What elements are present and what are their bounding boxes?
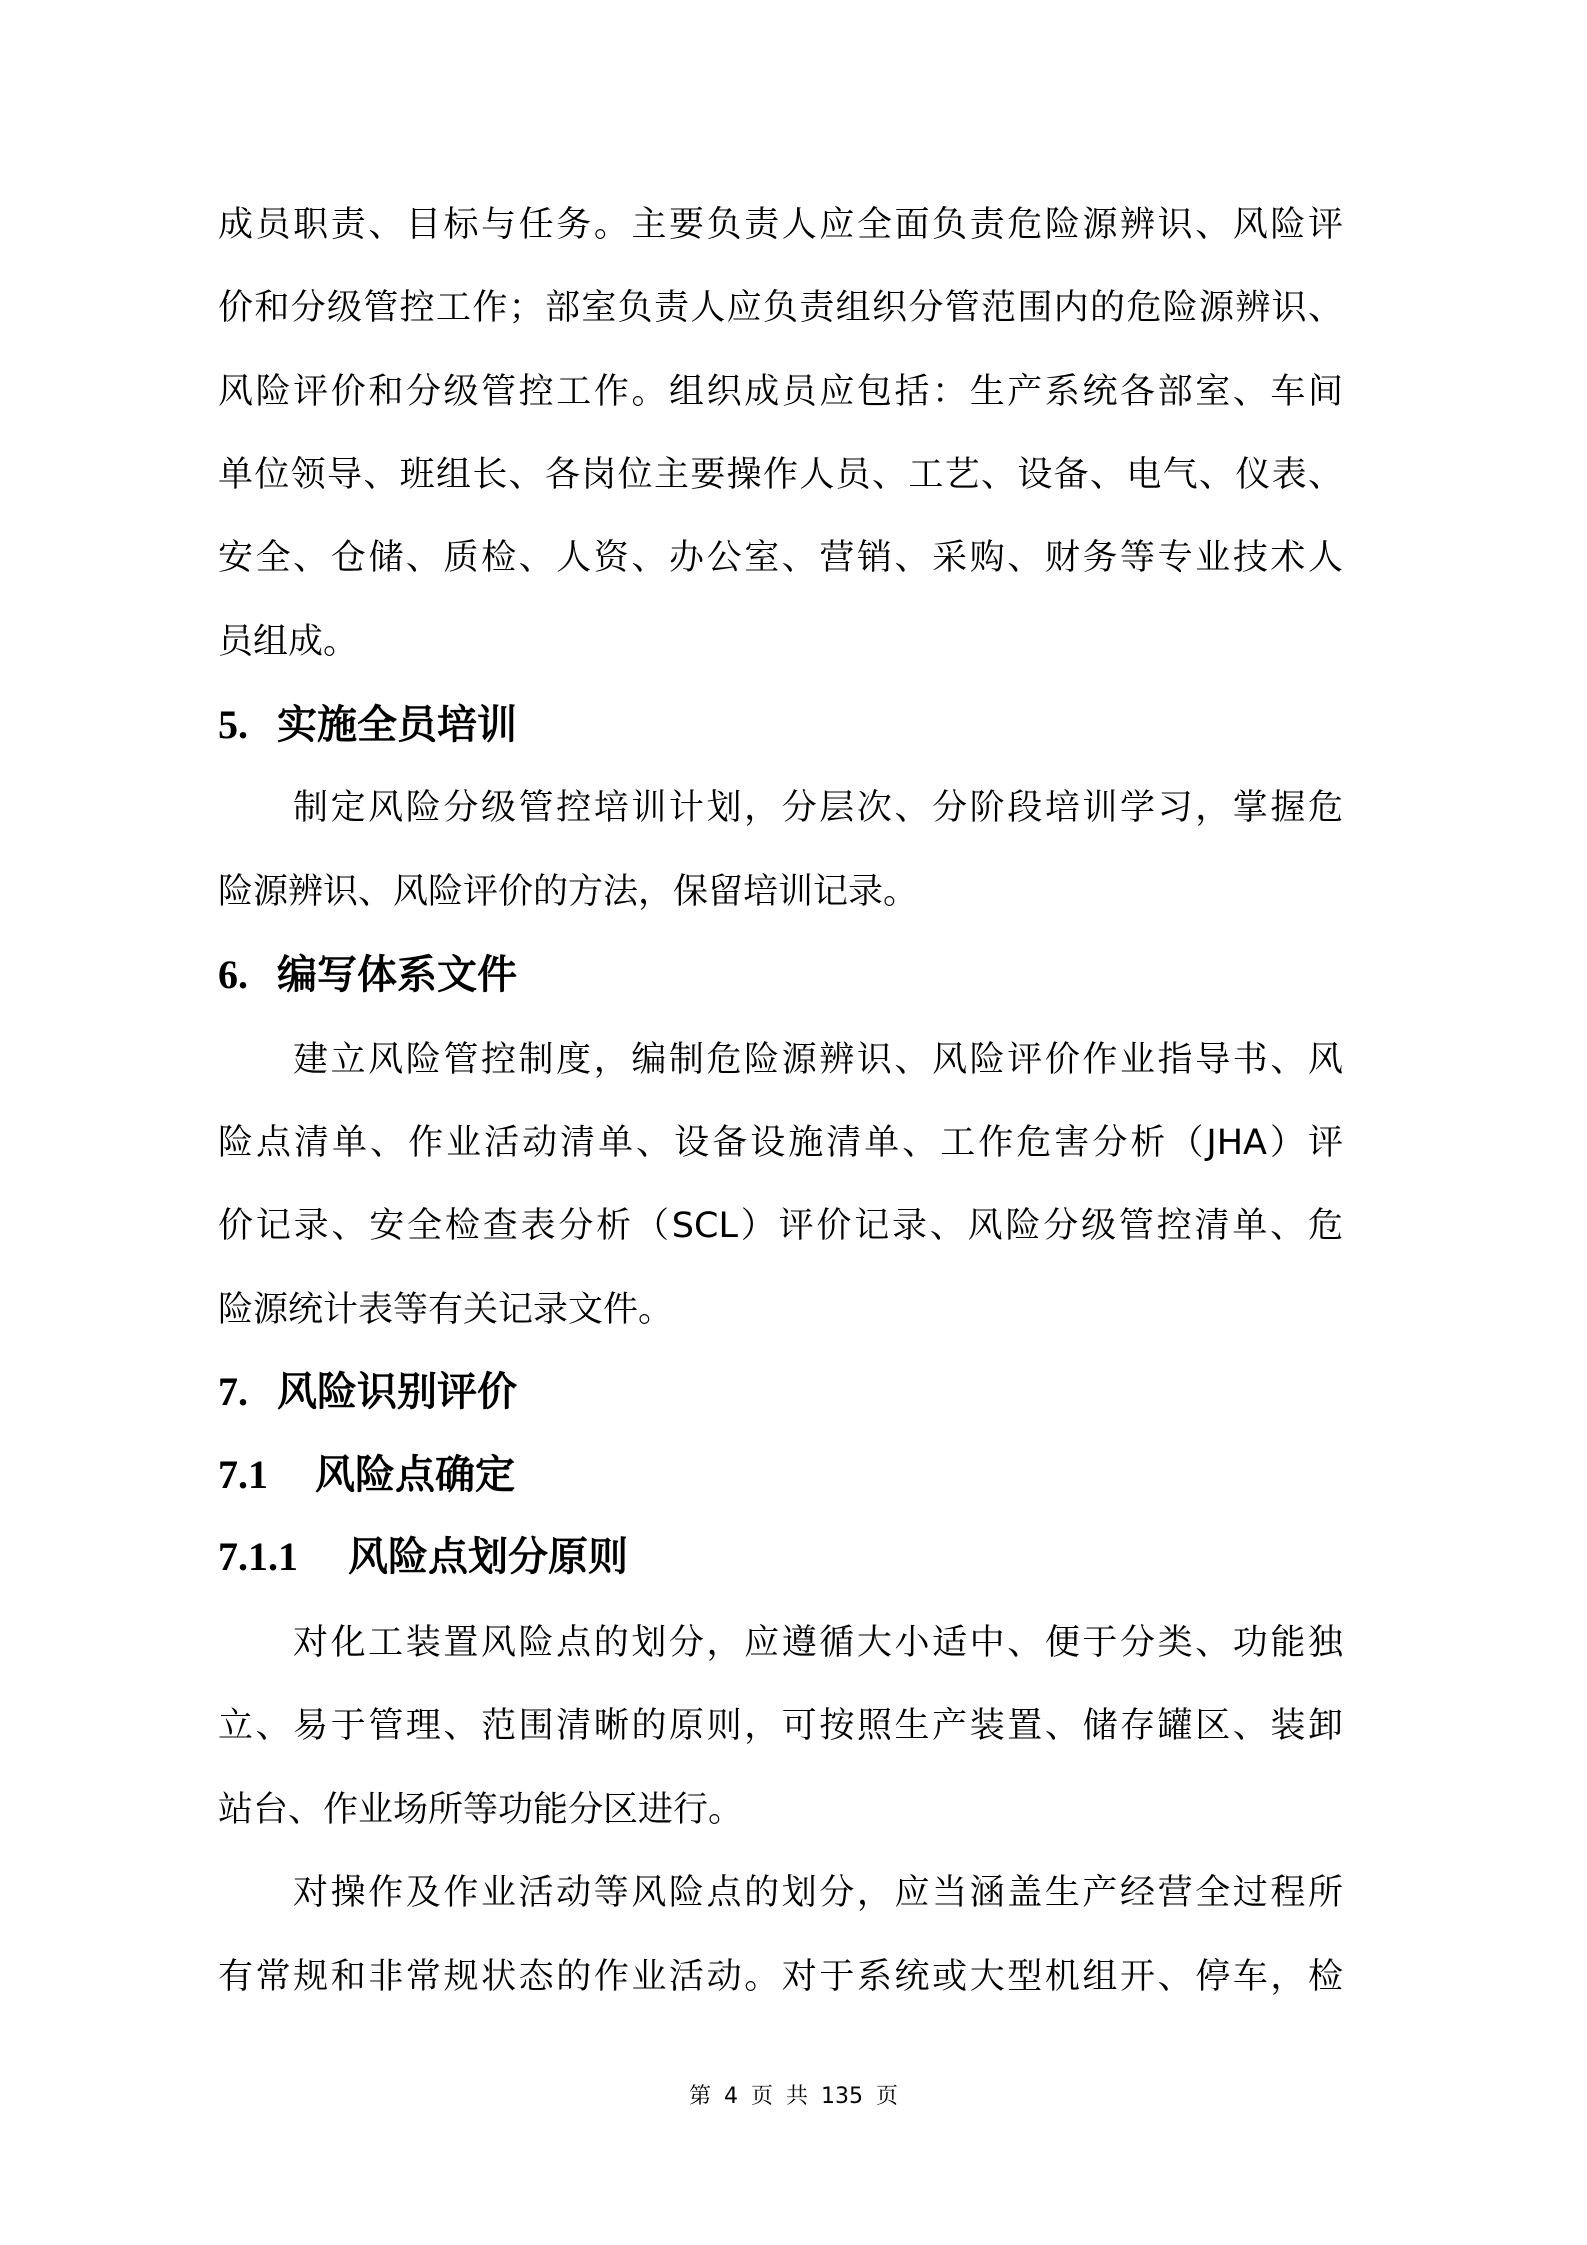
section-title: 风险识别评价: [277, 1369, 517, 1415]
section-number: 6.: [218, 949, 277, 1001]
paragraph-line: 险源辨识、风险评价的方法，保留培训记录。: [218, 870, 1343, 914]
paragraph-line: 价和分级管控工作；部室负责人应负责组织分管范围内的危险源辨识、: [218, 286, 1343, 330]
paragraph-line: 有常规和非常规状态的作业活动。对于系统或大型机组开、停车，检: [218, 1955, 1343, 1999]
section-title: 实施全员培训: [277, 702, 517, 748]
section-heading-7: 7.风险识别评价: [218, 1366, 517, 1418]
section-heading-7-1-1: 7.1.1风险点划分原则: [218, 1531, 628, 1583]
section-number: 7.: [218, 1366, 277, 1418]
paragraph-line: 价记录、安全检查表分析（SCL）评价记录、风险分级管控清单、危: [218, 1204, 1343, 1248]
document-page: 成员职责、目标与任务。主要负责人应全面负责危险源辨识、风险评 价和分级管控工作；…: [0, 0, 1587, 2245]
paragraph-line: 制定风险分级管控培训计划，分层次、分阶段培训学习，掌握危: [293, 786, 1343, 830]
section-heading-7-1: 7.1风险点确定: [218, 1449, 515, 1501]
paragraph-line: 立、易于管理、范围清晰的原则，可按照生产装置、储存罐区、装卸: [218, 1704, 1343, 1748]
section-number: 5.: [218, 699, 277, 751]
paragraph-line: 对操作及作业活动等风险点的划分，应当涵盖生产经营全过程所: [293, 1871, 1343, 1915]
section-heading-5: 5.实施全员培训: [218, 699, 517, 751]
section-heading-6: 6.编写体系文件: [218, 949, 517, 1001]
section-number: 7.1: [218, 1449, 315, 1501]
paragraph-line: 站台、作业场所等功能分区进行。: [218, 1788, 1343, 1832]
page-footer: 第 4 页 共 135 页: [0, 2082, 1587, 2112]
paragraph-line: 建立风险管控制度，编制危险源辨识、风险评价作业指导书、风: [293, 1038, 1343, 1082]
section-title: 风险点确定: [315, 1452, 515, 1498]
paragraph-line: 险点清单、作业活动清单、设备设施清单、工作危害分析（JHA）评: [218, 1121, 1343, 1165]
paragraph-line: 风险评价和分级管控工作。组织成员应包括：生产系统各部室、车间: [218, 370, 1343, 414]
paragraph-line: 安全、仓储、质检、人资、办公室、营销、采购、财务等专业技术人: [218, 536, 1343, 580]
section-number: 7.1.1: [218, 1531, 348, 1583]
paragraph-line: 对化工装置风险点的划分，应遵循大小适中、便于分类、功能独: [293, 1621, 1343, 1665]
paragraph-line: 员组成。: [218, 620, 1343, 664]
paragraph-line: 单位领导、班组长、各岗位主要操作人员、工艺、设备、电气、仪表、: [218, 453, 1343, 497]
section-title: 编写体系文件: [277, 952, 517, 998]
paragraph-line: 险源统计表等有关记录文件。: [218, 1288, 1343, 1332]
section-title: 风险点划分原则: [348, 1534, 628, 1580]
paragraph-line: 成员职责、目标与任务。主要负责人应全面负责危险源辨识、风险评: [218, 203, 1343, 247]
